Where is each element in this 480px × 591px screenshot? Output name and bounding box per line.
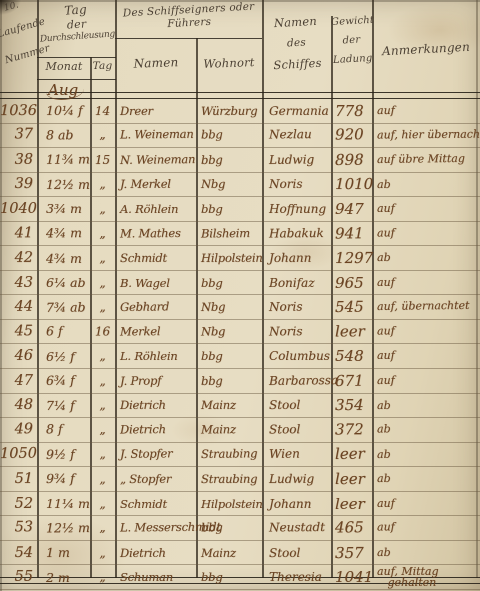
table-row: 55 2 m „ Schuman bbg Theresia 1041 auf, … bbox=[0, 565, 480, 590]
cell-remark: auf bbox=[372, 350, 480, 362]
header-sub-name: Namen bbox=[116, 55, 196, 73]
cell-remark: auf bbox=[372, 324, 480, 336]
cell-ship-name: Neustadt bbox=[262, 520, 331, 535]
cell-passage-time: 9¾ f bbox=[38, 471, 90, 486]
cell-day: „ bbox=[90, 497, 115, 511]
cell-running-number: 1036 bbox=[0, 103, 38, 119]
cell-residence: Mainz bbox=[196, 422, 262, 437]
cell-residence: Hilpolstein bbox=[196, 497, 262, 511]
cell-cargo-weight: 947 bbox=[331, 200, 372, 218]
cell-master-name: B. Wagel bbox=[115, 276, 196, 290]
cell-cargo-weight: 545 bbox=[331, 298, 372, 316]
cell-remark: ab bbox=[372, 546, 480, 558]
cell-running-number: 54 bbox=[0, 544, 38, 560]
cell-running-number: 37 bbox=[0, 126, 38, 142]
cell-residence: bbg bbox=[196, 520, 262, 535]
cell-cargo-weight: 671 bbox=[331, 371, 372, 389]
cell-running-number: 41 bbox=[0, 225, 38, 241]
cell-ship-name: Theresia bbox=[262, 570, 331, 584]
cell-remark: auf bbox=[372, 277, 480, 289]
cell-ship-name: Stool bbox=[262, 422, 331, 437]
cell-remark: ab bbox=[372, 252, 480, 264]
cell-master-name: J. Merkel bbox=[115, 177, 196, 191]
cell-day: „ bbox=[90, 251, 115, 265]
cell-cargo-weight: 965 bbox=[331, 274, 372, 292]
cell-remark: auf bbox=[372, 498, 480, 510]
cell-ship-name: Columbus bbox=[262, 349, 331, 363]
table-row: 53 12½ m „ L. Messerschmidt bbg Neustadt… bbox=[0, 516, 480, 541]
cell-remark: auf, hier übernachtet bbox=[372, 128, 480, 140]
cell-day: „ bbox=[90, 570, 115, 584]
cell-running-number: 39 bbox=[0, 176, 38, 192]
cell-remark: ab bbox=[372, 399, 480, 411]
cell-day: „ bbox=[90, 447, 115, 461]
cell-ship-name: Bonifaz bbox=[262, 276, 331, 290]
cell-day: „ bbox=[90, 276, 115, 290]
month-day-box-top-rule bbox=[37, 57, 116, 58]
cell-cargo-weight: 372 bbox=[331, 420, 372, 438]
cell-master-name: Gebhard bbox=[115, 299, 196, 314]
cell-cargo-weight: 1297 bbox=[331, 249, 372, 267]
cell-master-name: Schmidt bbox=[115, 251, 196, 265]
cell-day: 14 bbox=[90, 104, 115, 118]
cell-residence: Nbg bbox=[196, 324, 262, 339]
cell-master-name: L. Messerschmidt bbox=[115, 520, 196, 535]
header-running-number: Laufende Nummer bbox=[0, 20, 42, 67]
cell-remark: ab bbox=[372, 447, 480, 460]
table-row: 42 4¾ m „ Schmidt Hilpolstein Johann 129… bbox=[0, 246, 480, 271]
cell-residence: bbg bbox=[196, 570, 262, 584]
cell-day: „ bbox=[90, 128, 115, 142]
cell-passage-time: 10¼ f bbox=[38, 103, 90, 118]
cell-ship-name: Johann bbox=[262, 497, 331, 511]
cell-running-number: 53 bbox=[0, 519, 38, 535]
cell-running-number: 47 bbox=[0, 372, 38, 388]
table-row: 41 4¾ m „ M. Mathes Bilsheim Habakuk 941… bbox=[0, 222, 480, 247]
cell-passage-time: 8 ab bbox=[38, 127, 90, 142]
cell-passage-time: 6¼ ab bbox=[38, 275, 90, 290]
cell-remark: ab bbox=[372, 473, 480, 485]
table-row: 49 8 f „ Dietrich Mainz Stool 372 ab bbox=[0, 418, 480, 443]
cell-day: „ bbox=[90, 398, 115, 412]
cell-running-number: 42 bbox=[0, 250, 38, 266]
cell-passage-time: 12½ m bbox=[38, 177, 90, 192]
cell-residence: bbg bbox=[196, 152, 262, 167]
cell-cargo-weight: 1041 bbox=[331, 568, 372, 586]
cell-day: „ bbox=[90, 177, 115, 191]
cell-remark: auf bbox=[372, 521, 480, 533]
cell-residence: Nbg bbox=[196, 299, 262, 314]
cell-cargo-weight: 778 bbox=[331, 102, 372, 120]
cell-passage-time: 7¾ ab bbox=[38, 299, 90, 315]
cell-passage-time: 3¾ m bbox=[38, 201, 90, 216]
header-ship-line3: Schiffes bbox=[264, 52, 332, 77]
header-sub-residence: Wohnort bbox=[197, 55, 261, 72]
cell-residence: bbg bbox=[196, 349, 262, 363]
cell-remark: auf, Mittag gehalten bbox=[372, 566, 480, 589]
cell-residence: Bilsheim bbox=[196, 225, 262, 240]
cell-ship-name: Nezlau bbox=[262, 127, 331, 142]
cell-ship-name: Johann bbox=[262, 251, 331, 265]
page-corner-mark: 10. bbox=[3, 0, 20, 13]
master-subheader-rule bbox=[115, 38, 262, 39]
cell-passage-time: 4¾ m bbox=[38, 225, 90, 240]
cell-day: 15 bbox=[90, 153, 115, 167]
cell-day: „ bbox=[90, 546, 115, 560]
cell-cargo-weight: leer bbox=[331, 322, 372, 340]
table-row: 47 6¾ f „ J. Propf bbg Barbarossa 671 au… bbox=[0, 369, 480, 394]
cell-ship-name: Habakuk bbox=[262, 225, 331, 240]
table-row: 38 11¾ m 15 N. Weineman bbg Ludwig 898 a… bbox=[0, 148, 480, 173]
header-cargo-line3: Ladung bbox=[333, 49, 373, 70]
cell-day: „ bbox=[90, 202, 115, 216]
cell-master-name: J. Propf bbox=[115, 373, 196, 388]
cell-ship-name: Germania bbox=[262, 103, 331, 117]
cell-master-name: N. Weineman bbox=[115, 152, 196, 167]
cell-cargo-weight: 898 bbox=[331, 150, 372, 168]
cell-remark: ab bbox=[372, 423, 480, 435]
cell-remark: auf übre Mittag bbox=[372, 153, 480, 166]
cell-running-number: 1040 bbox=[0, 201, 38, 217]
cell-cargo-weight: 941 bbox=[331, 224, 372, 242]
cell-cargo-weight: 354 bbox=[331, 396, 372, 414]
cell-running-number: 38 bbox=[0, 151, 38, 167]
cell-cargo-weight: 357 bbox=[331, 543, 372, 561]
cell-master-name: Merkel bbox=[115, 323, 196, 338]
cell-running-number: 43 bbox=[0, 275, 38, 291]
cell-day: „ bbox=[90, 349, 115, 363]
cell-cargo-weight: 548 bbox=[331, 347, 372, 365]
cell-remark: auf bbox=[372, 226, 480, 238]
cell-cargo-weight: 920 bbox=[331, 125, 372, 143]
table-row: 1050 9½ f „ J. Stopfer Straubing Wien le… bbox=[0, 443, 480, 468]
cell-passage-time: 11¾ m bbox=[38, 152, 90, 168]
cell-residence: bbg bbox=[196, 127, 262, 142]
cell-passage-time: 4¾ m bbox=[38, 250, 90, 265]
table-row: 52 11¼ m „ Schmidt Hilpolstein Johann le… bbox=[0, 492, 480, 517]
cell-ship-name: Ludwig bbox=[262, 152, 331, 167]
cell-residence: Straubing bbox=[196, 472, 262, 486]
cell-residence: Mainz bbox=[196, 398, 262, 412]
cell-running-number: 51 bbox=[0, 471, 38, 487]
cell-ship-name: Noris bbox=[262, 324, 331, 339]
cell-passage-time: 11¼ m bbox=[38, 496, 90, 511]
table-row: 54 1 m „ Dietrich Mainz Stool 357 ab bbox=[0, 541, 480, 566]
header-cargo-line2: der bbox=[332, 30, 372, 51]
cell-cargo-weight: leer bbox=[331, 495, 372, 513]
cell-ship-name: Stool bbox=[262, 398, 331, 412]
header-ship-group: Namen des Schiffes bbox=[261, 10, 331, 77]
cell-remark: auf bbox=[372, 374, 480, 387]
cell-master-name: „ Stopfer bbox=[115, 472, 196, 486]
cell-passage-time: 6 f bbox=[38, 323, 90, 338]
cell-master-name: L. Röhlein bbox=[115, 349, 196, 363]
cell-remark: auf, übernachtet bbox=[372, 300, 480, 313]
cell-ship-name: Ludwig bbox=[262, 472, 331, 486]
cell-running-number: 1050 bbox=[0, 446, 38, 462]
cell-master-name: Schuman bbox=[115, 570, 196, 584]
header-remarks: Anmerkungen bbox=[374, 39, 479, 59]
cell-ship-name: Hoffnung bbox=[262, 202, 331, 216]
cell-master-name: Schmidt bbox=[115, 497, 196, 511]
cell-running-number: 44 bbox=[0, 299, 38, 315]
cell-master-name: Dietrich bbox=[115, 398, 196, 412]
cell-master-name: M. Mathes bbox=[115, 225, 196, 240]
cell-passage-time: 8 f bbox=[38, 421, 90, 436]
cell-ship-name: Noris bbox=[262, 177, 331, 191]
cell-master-name: L. Weineman bbox=[115, 127, 196, 142]
table-row: 46 6½ f „ L. Röhlein bbg Columbus 548 au… bbox=[0, 344, 480, 369]
cell-running-number: 52 bbox=[0, 496, 38, 512]
cell-residence: bbg bbox=[196, 373, 262, 388]
cell-day: „ bbox=[90, 373, 115, 387]
header-running-number-line1: Laufende bbox=[0, 20, 34, 42]
cell-residence: Hilpolstein bbox=[196, 251, 262, 265]
cell-passage-time: 12½ m bbox=[38, 520, 90, 535]
cell-remark: auf bbox=[372, 203, 480, 215]
cell-passage-time: 7¼ f bbox=[38, 398, 90, 413]
table-row: 39 12½ m „ J. Merkel Nbg Noris 1010 ab bbox=[0, 173, 480, 198]
cell-passage-time: 1 m bbox=[38, 545, 90, 560]
header-cargo-group: Gewicht der Ladung bbox=[331, 11, 373, 70]
ledger-page: 10. Laufende Nummer Tag der Durchschleus… bbox=[0, 0, 480, 591]
header-cargo-line1: Gewicht bbox=[331, 11, 371, 32]
cell-master-name: Dietrich bbox=[115, 545, 196, 559]
cell-passage-time: 9½ f bbox=[38, 446, 90, 462]
header-sub-month: Monat bbox=[38, 60, 90, 74]
table-row: 48 7¼ f „ Dietrich Mainz Stool 354 ab bbox=[0, 394, 480, 419]
cell-cargo-weight: 465 bbox=[331, 518, 372, 536]
cell-running-number: 46 bbox=[0, 348, 38, 364]
header-master-group: Des Schiffseigners oder Führers bbox=[115, 0, 262, 34]
cell-master-name: J. Stopfer bbox=[115, 446, 196, 461]
cell-cargo-weight: 1010 bbox=[331, 175, 372, 193]
cell-master-name: Dreer bbox=[115, 103, 196, 117]
cell-remark: ab bbox=[372, 178, 480, 190]
cell-running-number: 48 bbox=[0, 397, 38, 413]
header-running-number-line2: Nummer bbox=[4, 45, 42, 67]
table-row: 43 6¼ ab „ B. Wagel bbg Bonifaz 965 auf bbox=[0, 271, 480, 296]
table-row: 37 8 ab „ L. Weineman bbg Nezlau 920 auf… bbox=[0, 124, 480, 149]
cell-passage-time: 2 m bbox=[38, 570, 90, 585]
cell-running-number: 55 bbox=[0, 569, 38, 585]
cell-running-number: 45 bbox=[0, 323, 38, 339]
cell-residence: bbg bbox=[196, 276, 262, 290]
cell-ship-name: Wien bbox=[262, 447, 331, 462]
cell-residence: Nbg bbox=[196, 177, 262, 191]
cell-passage-time: 6¾ f bbox=[38, 373, 90, 389]
table-row: 45 6 f 16 Merkel Nbg Noris leer auf bbox=[0, 320, 480, 345]
cell-ship-name: Noris bbox=[262, 299, 331, 314]
cell-day: „ bbox=[90, 472, 115, 486]
cell-ship-name: Barbarossa bbox=[262, 373, 331, 388]
cell-running-number: 49 bbox=[0, 421, 38, 437]
ledger-rows: 1036 10¼ f 14 Dreer Würzburg Germania 77… bbox=[0, 99, 480, 590]
table-row: 51 9¾ f „ „ Stopfer Straubing Ludwig lee… bbox=[0, 467, 480, 492]
cell-residence: Mainz bbox=[196, 545, 262, 559]
cell-remark: auf bbox=[372, 105, 480, 117]
cell-master-name: A. Röhlein bbox=[115, 202, 196, 216]
cell-cargo-weight: leer bbox=[331, 445, 372, 463]
cell-ship-name: Stool bbox=[262, 545, 331, 559]
cell-day: „ bbox=[90, 520, 115, 534]
cell-master-name: Dietrich bbox=[115, 422, 196, 437]
cell-day: 16 bbox=[90, 324, 115, 338]
header-sub-day: Tag bbox=[90, 60, 115, 73]
cell-cargo-weight: leer bbox=[331, 470, 372, 488]
table-row: 1040 3¾ m „ A. Röhlein bbg Hoffnung 947 … bbox=[0, 197, 480, 222]
table-row: 44 7¾ ab „ Gebhard Nbg Noris 545 auf, üb… bbox=[0, 295, 480, 320]
cell-residence: bbg bbox=[196, 202, 262, 216]
cell-residence: Würzburg bbox=[196, 103, 262, 117]
header-date-group: Tag der Durchschleusung bbox=[37, 0, 117, 45]
cell-day: „ bbox=[90, 226, 115, 240]
cell-residence: Straubing bbox=[196, 447, 262, 462]
table-row: 1036 10¼ f 14 Dreer Würzburg Germania 77… bbox=[0, 99, 480, 124]
cell-passage-time: 6½ f bbox=[38, 349, 90, 364]
cell-day: „ bbox=[90, 300, 115, 314]
cell-day: „ bbox=[90, 422, 115, 436]
